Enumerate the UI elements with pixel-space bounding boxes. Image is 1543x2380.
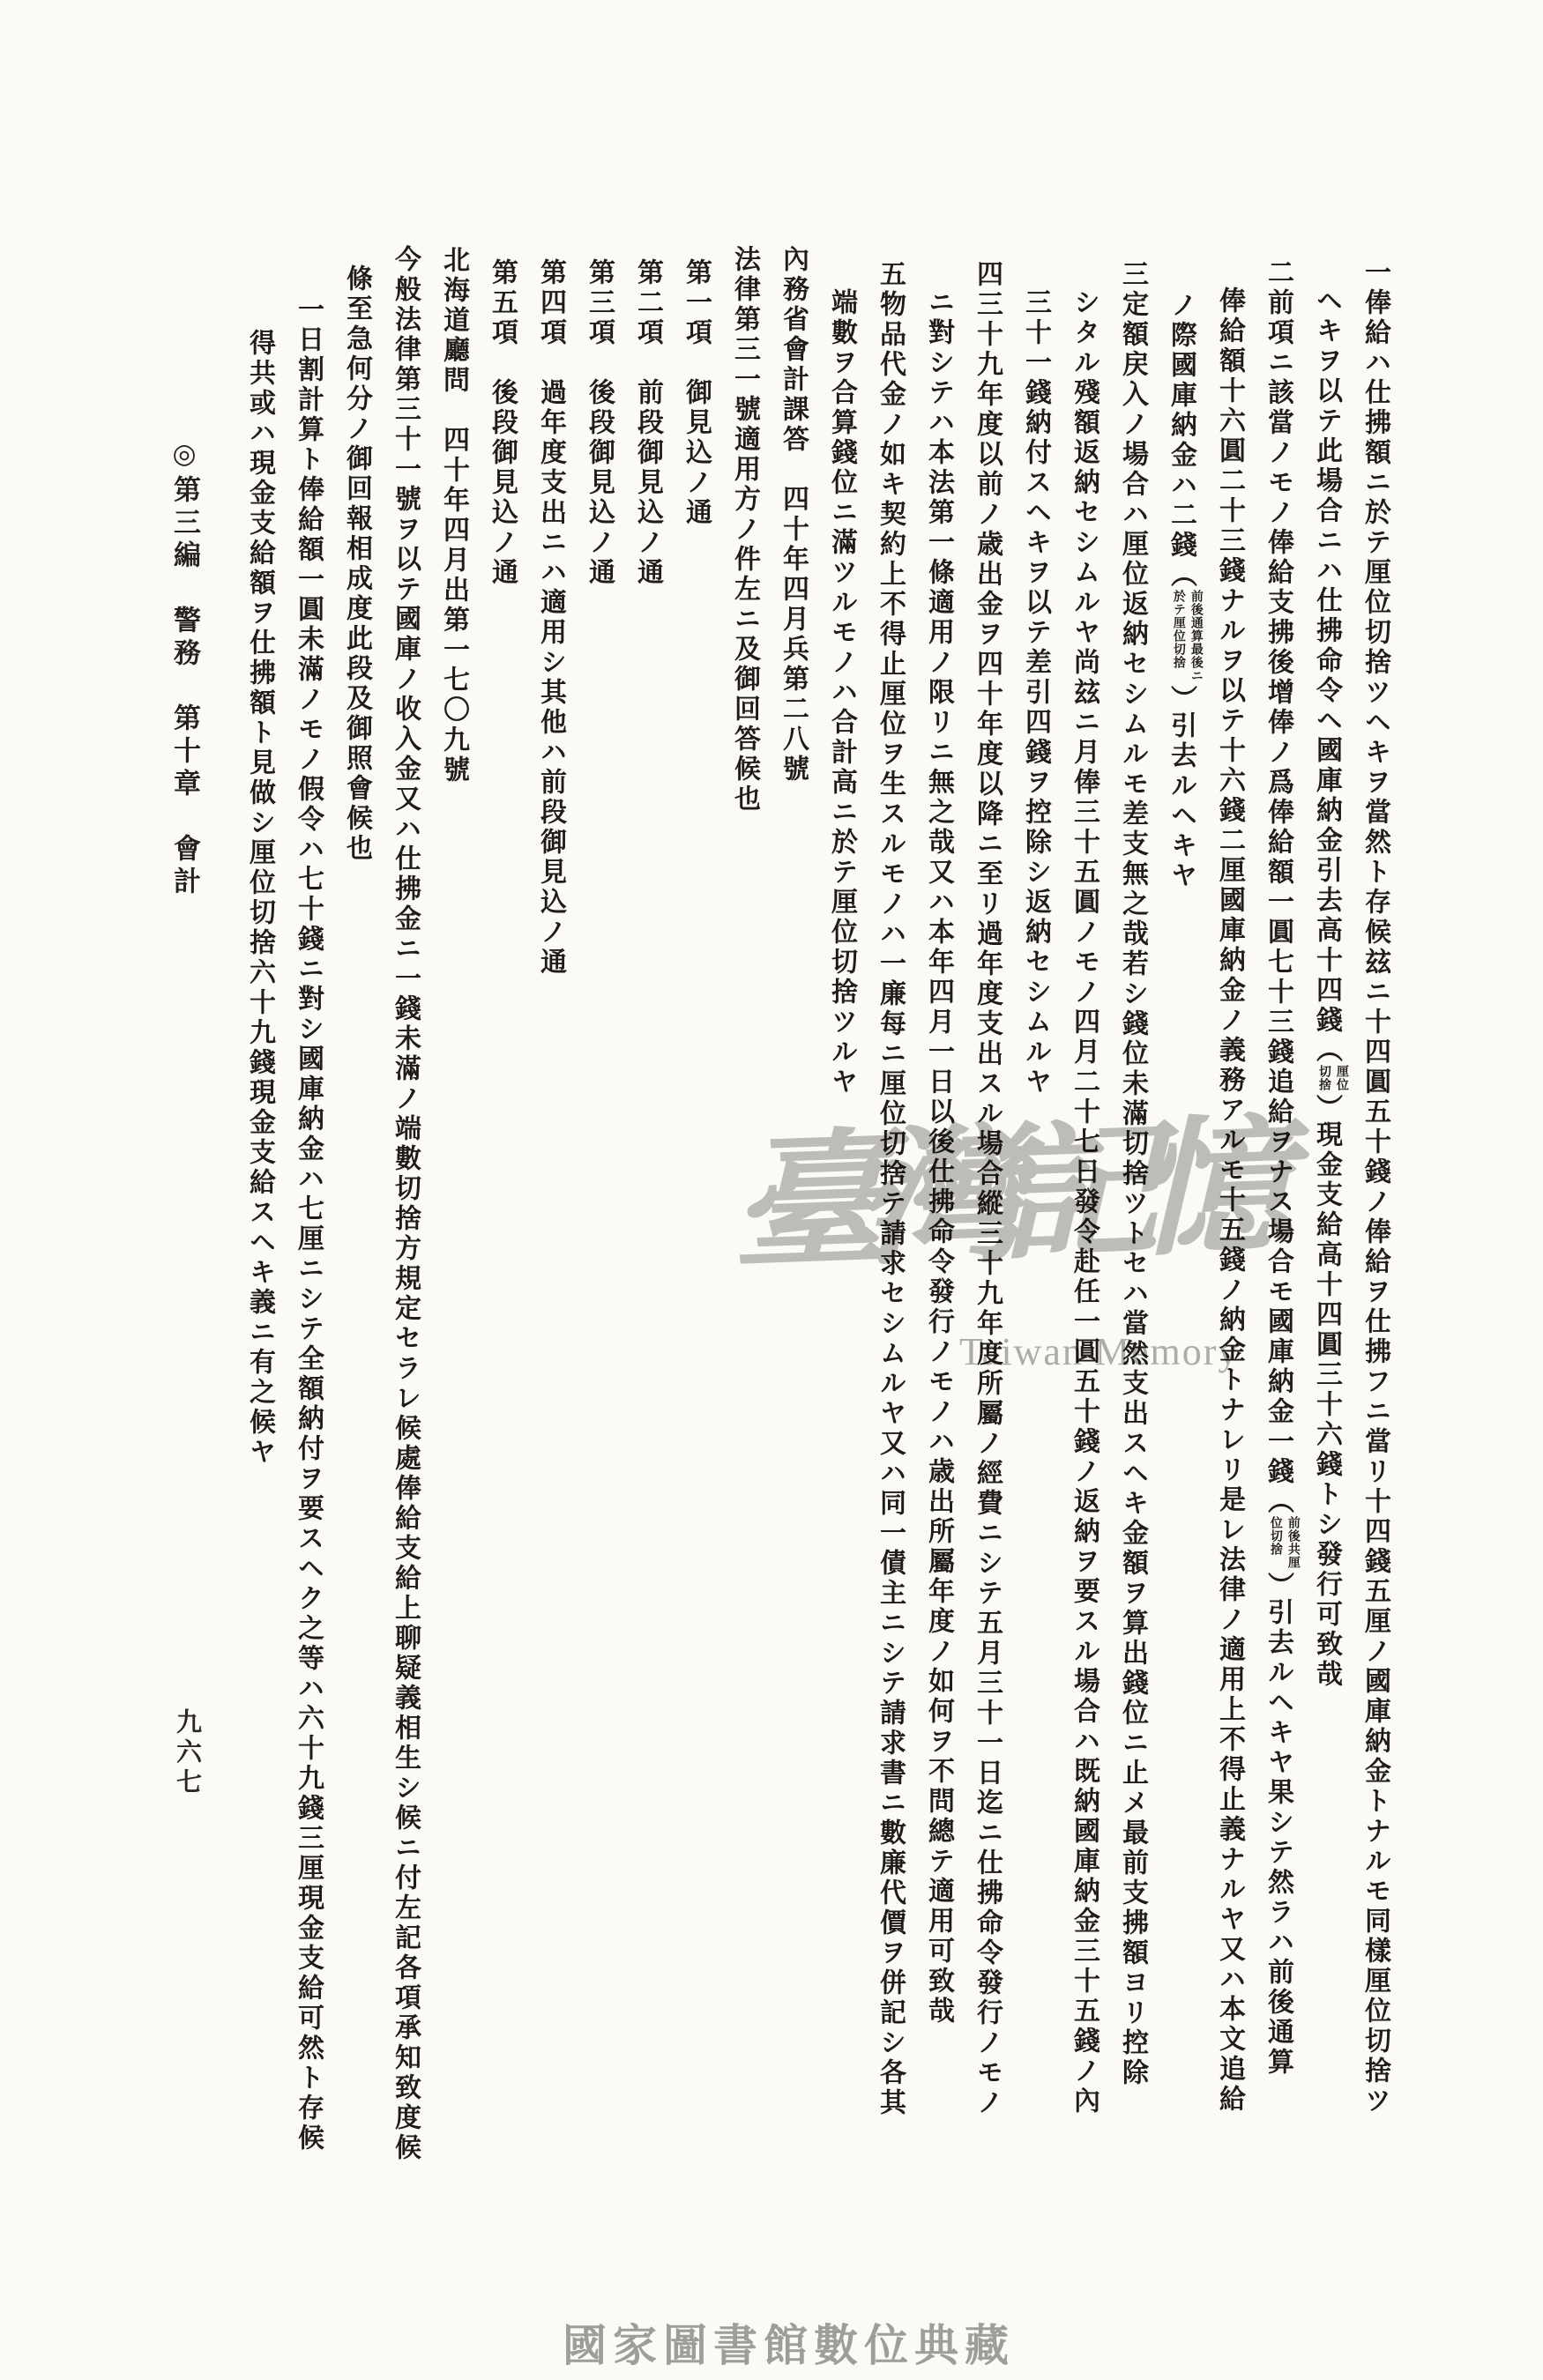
- text-column-1: 一俸給ハ仕拂額ニ於テ厘位切捨ツヘキヲ當然ト存候玆ニ十四圓五十錢ノ俸給ヲ仕拂フニ當…: [1354, 258, 1395, 2116]
- text-column-22: 條至急何分ノ御回報相成度此段及御照會候也: [336, 264, 376, 864]
- text-column-7: シタル殘額返納セシムルヤ尚玆ニ月俸三十五圓ノモノ四月二十七日發令赴任一圓五十錢ノ…: [1063, 288, 1104, 2116]
- archive-footer-caption: 國家圖書館數位典藏: [563, 2324, 1015, 2368]
- text-column-17: 第三項 後段御見込ノ通: [578, 258, 619, 588]
- text-column-2: ヘキヲ以テ此場合ニハ仕拂命令ヘ國庫納金引去高十四錢（厘位切捨）現金支給高十四圓三…: [1306, 286, 1350, 1690]
- text-column-24: 得共或ハ現金支給額ヲ仕拂額ト見做シ厘位切捨六十九錢現金支給スヘキ義ニ有之候ヤ: [239, 329, 280, 1468]
- chapter-header: ◎第三編 警務 第十章 會計: [164, 438, 205, 899]
- text-column-18: 第四項 過年度支出ニハ適用シ其他ハ前段御見込ノ通: [530, 258, 570, 978]
- text-column-23: 一日割計算ト俸給額一圓未滿ノモノ假令ハ七十錢ニ對シ國庫納金ハ七厘ニシテ全額納付ヲ…: [287, 295, 328, 2153]
- text-column-5: ノ際國庫納金ハ二錢（前後通算最後ニ於テ厘位切捨）引去ルヘキヤ: [1160, 291, 1204, 891]
- item-number: 一: [1360, 258, 1390, 288]
- text-column-8: 三十一錢納付スヘキヲ以テ差引四錢ヲ控除シ返納セシムルヤ: [1015, 288, 1055, 1097]
- text-column-3: 二前項ニ該當ノモノ俸給支拂後增俸ノ爲俸給額一圓七十三錢追給ヲナス場合モ國庫納金一…: [1257, 258, 1301, 2078]
- text-column-11: 五物品代金ノ如キ契約上不得止厘位ヲ生スルモノハ一廉每ニ厘位切捨テ請求セシムルヤ又…: [869, 260, 910, 2118]
- text-column-6: 三定額戻入ノ場合ハ厘位返納セシムルモ差支無之哉若シ錢位未滿切捨ツトセハ當然支出ス…: [1112, 260, 1152, 2088]
- item-number: 三: [1118, 260, 1147, 290]
- text-column-10: ニ對シテハ本法第一條適用ノ限リニ無之哉又ハ本年四月一日以後仕拂命令發行ノモノハ歳…: [918, 288, 958, 2027]
- warichu-close-paren: ）: [1312, 1094, 1341, 1120]
- item-number: 四: [973, 260, 1002, 290]
- warichu-annotation: 前後通算最後ニ於テ厘位切捨: [1169, 590, 1204, 682]
- text-column-19: 第五項 後段御見込ノ通: [481, 258, 522, 588]
- text-column-14: 法律第三一號適用方ノ件左ニ及御回答候也: [724, 245, 764, 814]
- item-number: 二: [1263, 258, 1293, 288]
- text-column-9: 四三十九年度以前ノ歳出金ヲ四十年度以降ニ至リ過年度支出スル場合縱三十九年度所屬ノ…: [966, 260, 1007, 2118]
- text-column-21: 今般法律第三十一號ヲ以テ國庫ノ收入金又ハ仕拂金ニ一錢未滿ノ端數切捨方規定セラレ候…: [384, 245, 425, 2163]
- text-column-13: 內務省會計課答 四十年四月兵第二八號: [772, 245, 813, 785]
- scanned-document-page: 一俸給ハ仕拂額ニ於テ厘位切捨ツヘキヲ當然ト存候玆ニ十四圓五十錢ノ俸給ヲ仕拂フニ當…: [0, 0, 1543, 2380]
- item-number: 五: [876, 260, 905, 290]
- warichu-open-paren: （: [1263, 1487, 1293, 1514]
- page-number: 九六七: [168, 1708, 206, 1798]
- warichu-open-paren: （: [1312, 1036, 1341, 1062]
- text-column-4: 俸給額十六圓二十三錢ナルヲ以テ十六錢二厘國庫納金ノ義務アルモ十五錢ノ納金トナレリ…: [1209, 286, 1249, 2115]
- warichu-close-paren: ）: [1167, 685, 1196, 711]
- text-column-20: 北海道廳問 四十年四月出第一七〇九號: [433, 246, 473, 785]
- text-column-15: 第一項 御見込ノ通: [675, 258, 716, 528]
- warichu-close-paren: ）: [1263, 1572, 1293, 1598]
- text-column-12: 端數ヲ合算錢位ニ滿ツルモノハ合計高ニ於テ厘位切捨ツルヤ: [821, 288, 861, 1097]
- text-column-16: 第二項 前段御見込ノ通: [627, 258, 667, 588]
- warichu-open-paren: （: [1167, 561, 1196, 587]
- item-number: 一: [294, 295, 323, 325]
- warichu-annotation: 厘位切捨: [1315, 1065, 1350, 1091]
- warichu-annotation: 前後共厘位切捨: [1266, 1516, 1301, 1569]
